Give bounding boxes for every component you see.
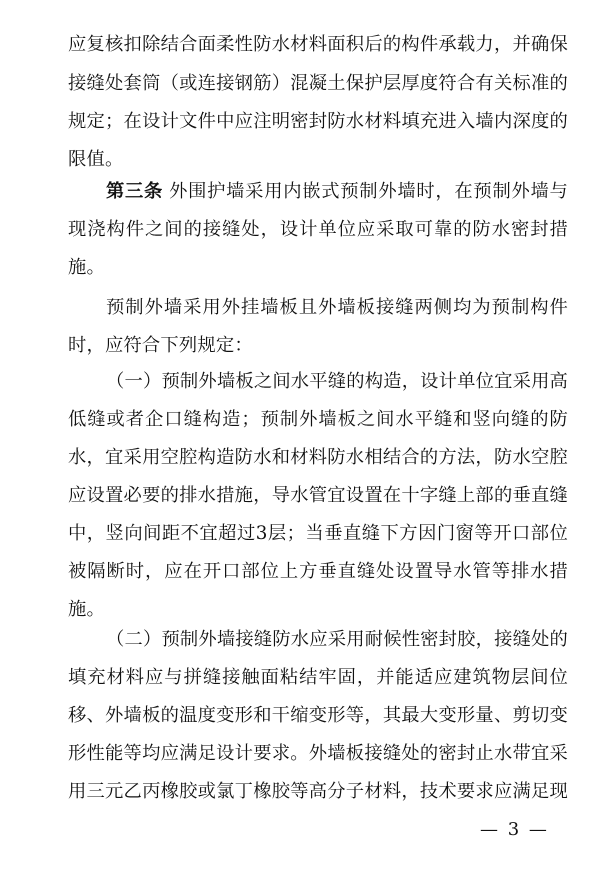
document-page: 应复核扣除结合面柔性防水材料面积后的构件承载力，并确保 接缝处套筒（或连接钢筋）… bbox=[0, 0, 600, 869]
text-line: 低缝或者企口缝构造；预制外墙板之间水平缝和竖向缝的防 bbox=[68, 405, 568, 435]
list-item-line: （二）预制外墙接缝防水应采用耐候性密封胶，接缝处的 bbox=[106, 625, 568, 655]
text-line: 形性能等均应满足设计要求。外墙板接缝处的密封止水带宜采 bbox=[68, 739, 568, 769]
article-heading-line: 第三条外围护墙采用内嵌式预制外墙时，在预制外墙与 bbox=[106, 177, 568, 207]
text-line: 中，竖向间距不宜超过3层；当垂直缝下方因门窗等开口部位 bbox=[68, 519, 568, 549]
text-line: 施。 bbox=[68, 595, 105, 625]
text-line: 现浇构件之间的接缝处，设计单位应采取可靠的防水密封措 bbox=[68, 215, 568, 245]
text-line: 填充材料应与拼缝接触面粘结牢固，并能适应建筑物层间位 bbox=[68, 663, 568, 693]
text-line: 水，宜采用空腔构造防水和材料防水相结合的方法，防水空腔 bbox=[68, 443, 568, 473]
text-line: 规定；在设计文件中应注明密封防水材料填充进入墙内深度的 bbox=[68, 107, 568, 137]
text-line: 被隔断时，应在开口部位上方垂直缝处设置导水管等排水措 bbox=[68, 557, 568, 587]
text-line: 接缝处套筒（或连接钢筋）混凝土保护层厚度符合有关标准的 bbox=[68, 69, 568, 99]
page-number: — 3 — bbox=[480, 815, 547, 845]
text-span: 外围护墙采用内嵌式预制外墙时，在预制外墙与 bbox=[169, 181, 568, 202]
text-line: 应复核扣除结合面柔性防水材料面积后的构件承载力，并确保 bbox=[68, 30, 568, 60]
text-line: 移、外墙板的温度变形和干缩变形等，其最大变形量、剪切变 bbox=[68, 701, 568, 731]
text-line: 应设置必要的排水措施，导水管宜设置在十字缝上部的垂直缝 bbox=[68, 481, 568, 511]
article-heading: 第三条 bbox=[106, 181, 163, 202]
text-line: 预制外墙采用外挂墙板且外墙板接缝两侧均为预制构件 bbox=[106, 293, 568, 323]
text-line: 用三元乙丙橡胶或氯丁橡胶等高分子材料，技术要求应满足现 bbox=[68, 777, 568, 807]
text-line: 施。 bbox=[68, 253, 105, 283]
list-item-line: （一）预制外墙板之间水平缝的构造，设计单位宜采用高 bbox=[106, 367, 568, 397]
text-line: 限值。 bbox=[68, 145, 123, 175]
text-line: 时，应符合下列规定： bbox=[68, 331, 253, 361]
